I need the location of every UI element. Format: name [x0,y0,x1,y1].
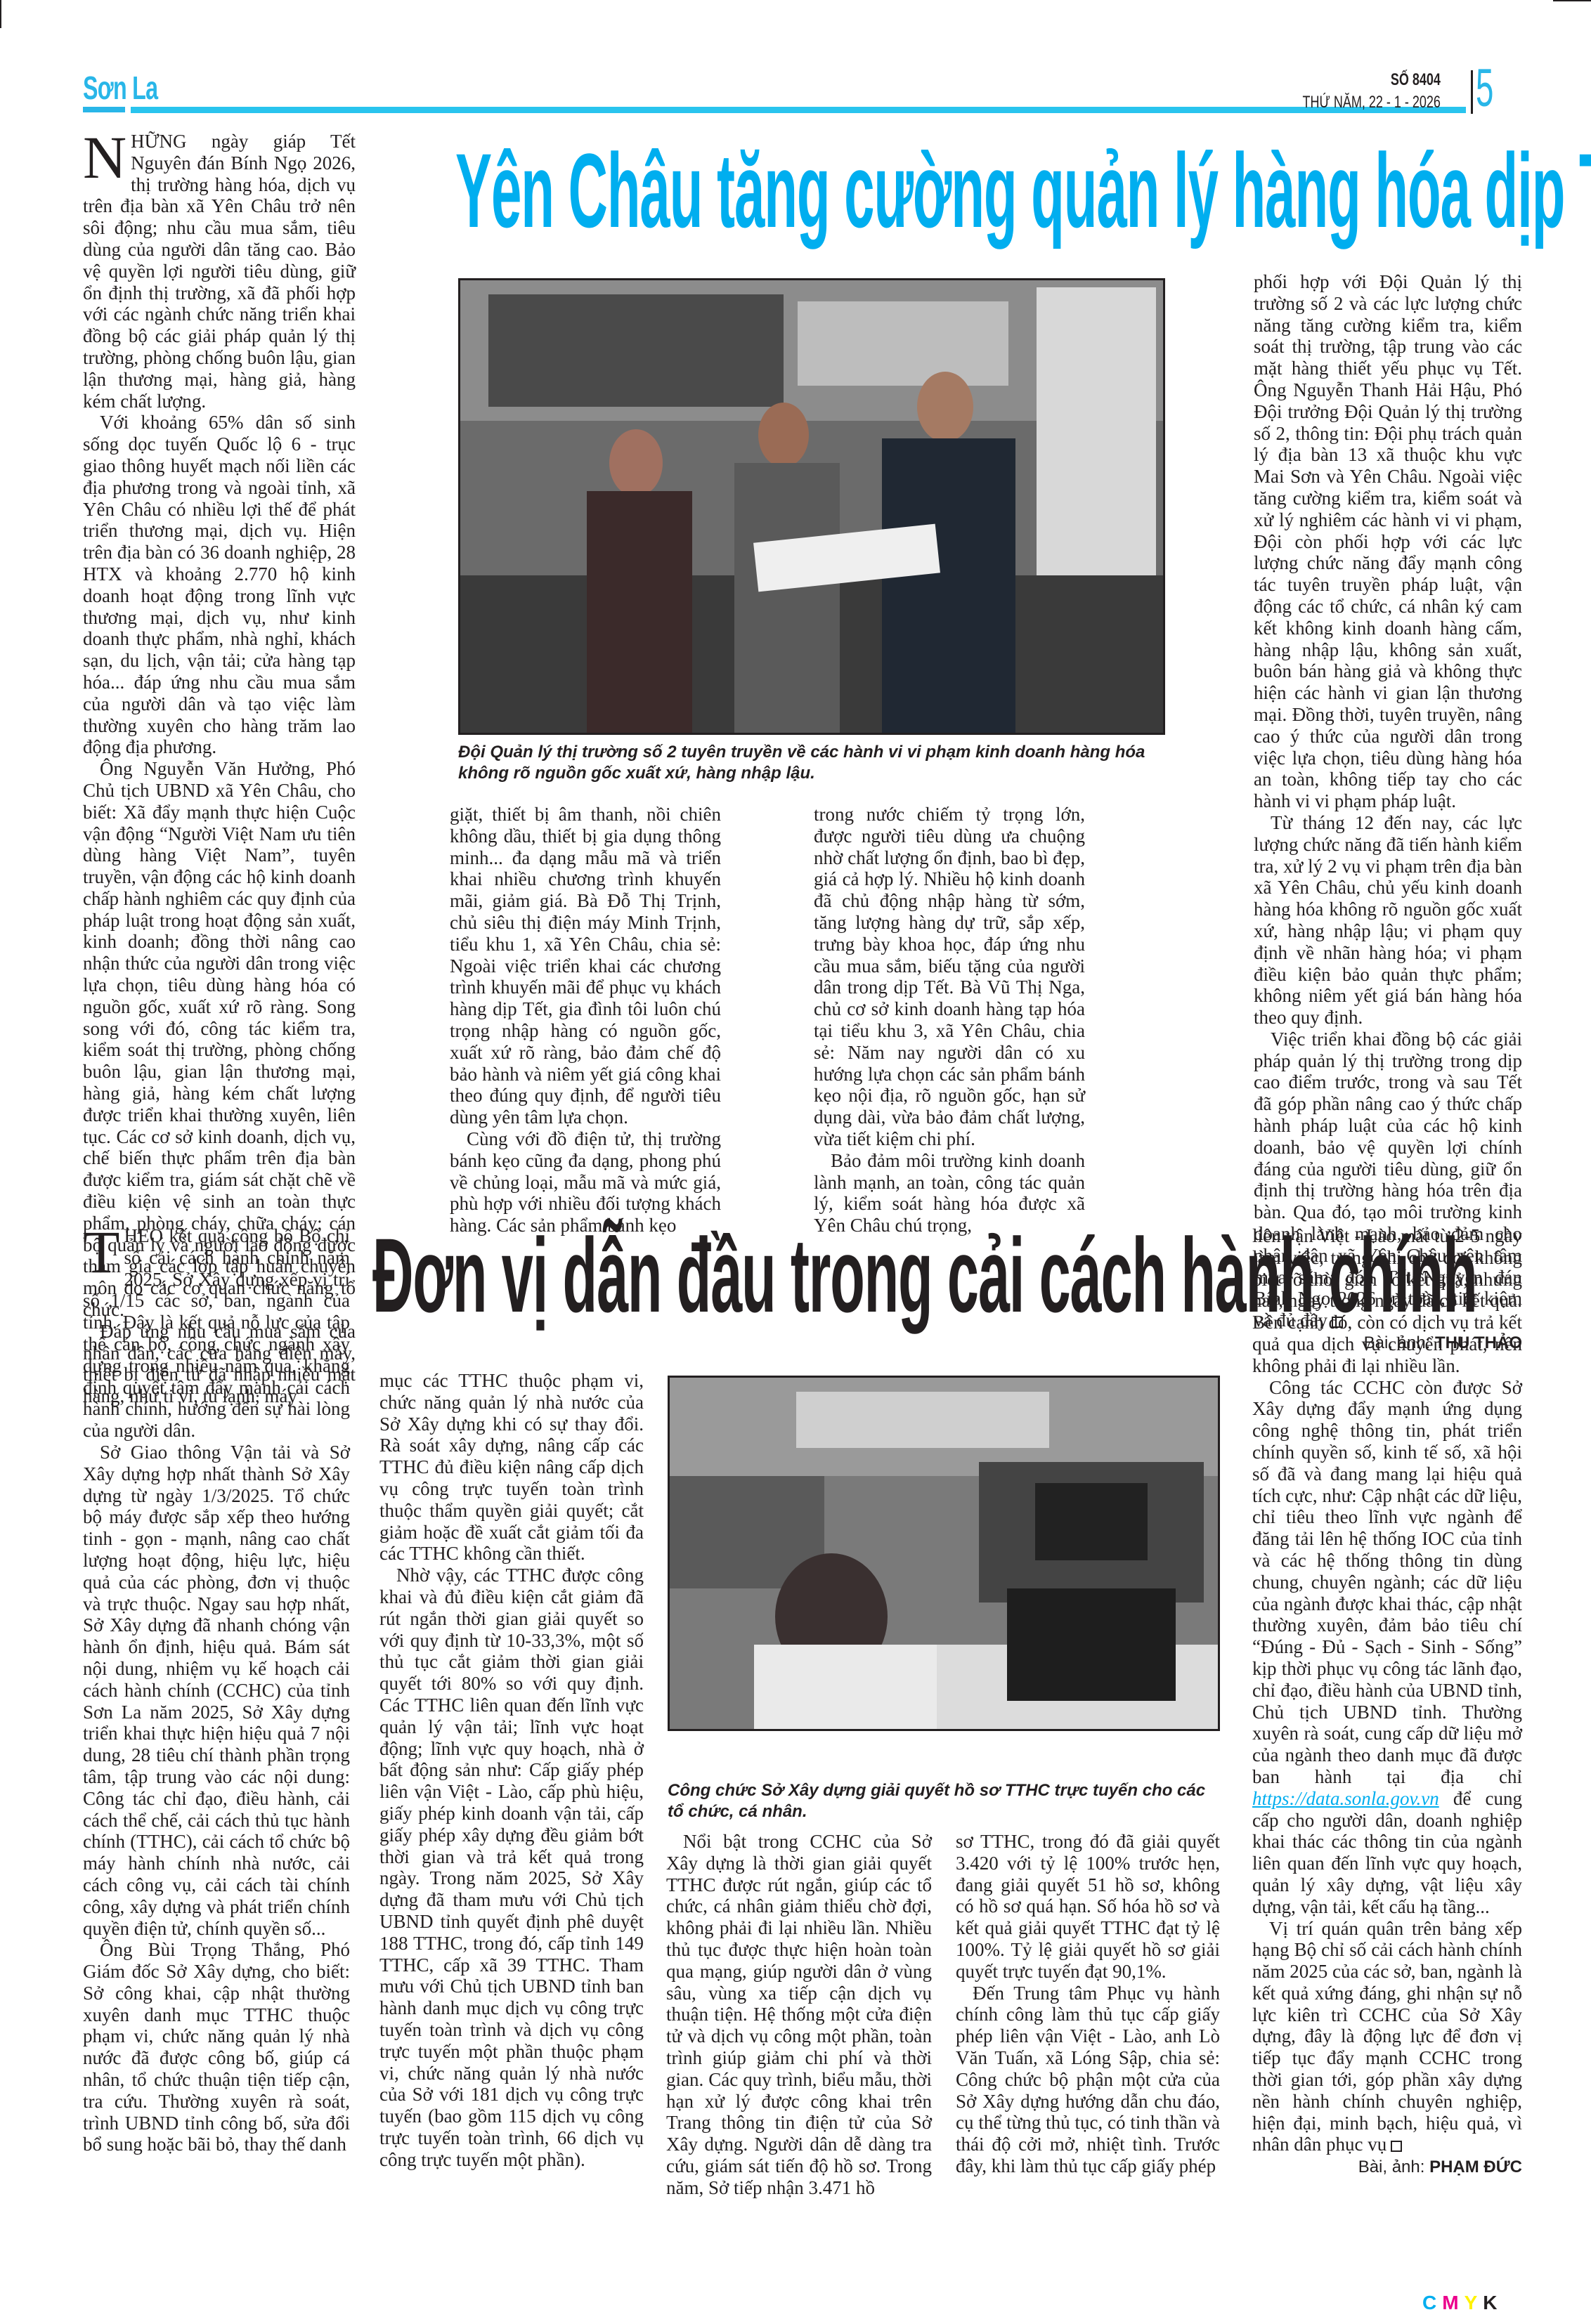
paragraph: Nổi bật trong CCHC của Sở Xây dựng là th… [666,1831,932,2199]
article1-column-3: trong nước chiếm tỷ trọng lớn, được ngườ… [814,804,1085,1236]
paragraph: Từ tháng 12 đến nay, các lực lượng chức … [1254,812,1522,1029]
cmyk-y: Y [1465,2292,1483,2313]
page-divider [1471,70,1473,114]
paragraph: liên vận Việt - Lào mất từ 2-5 ngày làm … [1252,1225,1522,1377]
office-service-photo-icon [670,1378,1218,1729]
article1-headline: Yên Châu tăng cường quản lý hàng hóa dịp… [455,138,1591,243]
article2-column-5: liên vận Việt - Lào mất từ 2-5 ngày làm … [1252,1225,1522,2179]
cmyk-registration: CMYK [1422,2292,1502,2314]
paragraph: HEO kết quả công bố Bộ chỉ số cải cách h… [83,1225,350,1441]
article2-column-3: Nổi bật trong CCHC của Sở Xây dựng là th… [666,1831,932,2199]
article1-photo [458,278,1165,735]
article1-column-2: giặt, thiết bị âm thanh, nồi chiên không… [450,804,721,1236]
paragraph: Vị trí quán quân trên bảng xếp hạng Bộ c… [1252,1918,1522,2155]
crop-mark [1553,0,1591,1]
cmyk-c: C [1422,2292,1442,2313]
section-title: Sơn La [83,69,157,107]
cmyk-m: M [1442,2292,1464,2313]
article2-column-2: mục các TTHC thuộc phạm vi, chức năng qu… [379,1370,644,2170]
article2-photo-caption: Công chức Sở Xây dựng giải quyết hồ sơ T… [668,1780,1216,1822]
paragraph: sơ TTHC, trong đó đã giải quyết 3.420 vớ… [956,1831,1220,1983]
paragraph: Sở Giao thông Vận tải và Sở Xây dựng hợp… [83,1442,350,1939]
header-rule-accent [83,107,125,112]
page-number: 5 [1476,62,1493,115]
article1-column-1: NHỮNG ngày giáp Tết Nguyên đán Bính Ngọ … [83,131,356,1407]
paragraph: Nhờ vậy, các TTHC được công khai và đủ đ… [379,1565,644,2170]
issue-date: THỨ NĂM, 22 - 1 - 2026 [1303,93,1441,112]
byline-prefix: Bài, ảnh: [1358,2157,1425,2176]
dropcap: T [83,1228,120,1276]
paragraph: giặt, thiết bị âm thanh, nồi chiên không… [450,804,721,1128]
byline-author: PHẠM ĐỨC [1429,2157,1522,2176]
issue-number: SỐ 8404 [1303,70,1441,90]
paragraph: Đến Trung tâm Phục vụ hành chính công là… [956,1983,1220,2177]
article2-column-1: THEO kết quả công bố Bộ chỉ số cải cách … [83,1225,350,2155]
paragraph: phối hợp với Đội Quản lý thị trường số 2… [1254,271,1522,812]
paragraph: Ông Bùi Trọng Thắng, Phó Giám đốc Sở Xây… [83,1939,350,2155]
data-portal-link[interactable]: https://data.sonla.gov.vn [1252,1788,1439,1809]
paragraph: trong nước chiếm tỷ trọng lớn, được ngườ… [814,804,1085,1150]
end-mark-icon [1391,2141,1402,2152]
paragraph: Công tác CCHC còn được Sở Xây dựng đẩy m… [1252,1377,1522,1787]
issue-info: SỐ 8404 THỨ NĂM, 22 - 1 - 2026 [1256,70,1441,112]
paragraph: Với khoảng 65% dân số sinh sống dọc tuyế… [83,412,356,758]
article2-photo [668,1376,1220,1731]
article1-column-4: phối hợp với Đội Quản lý thị trường số 2… [1254,271,1522,1354]
crop-mark [0,0,1,28]
cmyk-k: K [1483,2292,1502,2313]
market-inspection-photo-icon [460,280,1163,733]
article1-photo-caption: Đội Quản lý thị trường số 2 tuyên truyền… [458,742,1161,784]
article2-column-4: sơ TTHC, trong đó đã giải quyết 3.420 vớ… [956,1831,1220,2177]
paragraph: mục các TTHC thuộc phạm vi, chức năng qu… [379,1370,644,1565]
article2-byline: Bài, ảnh: PHẠM ĐỨC [1252,2157,1522,2179]
dropcap: N [83,133,126,181]
